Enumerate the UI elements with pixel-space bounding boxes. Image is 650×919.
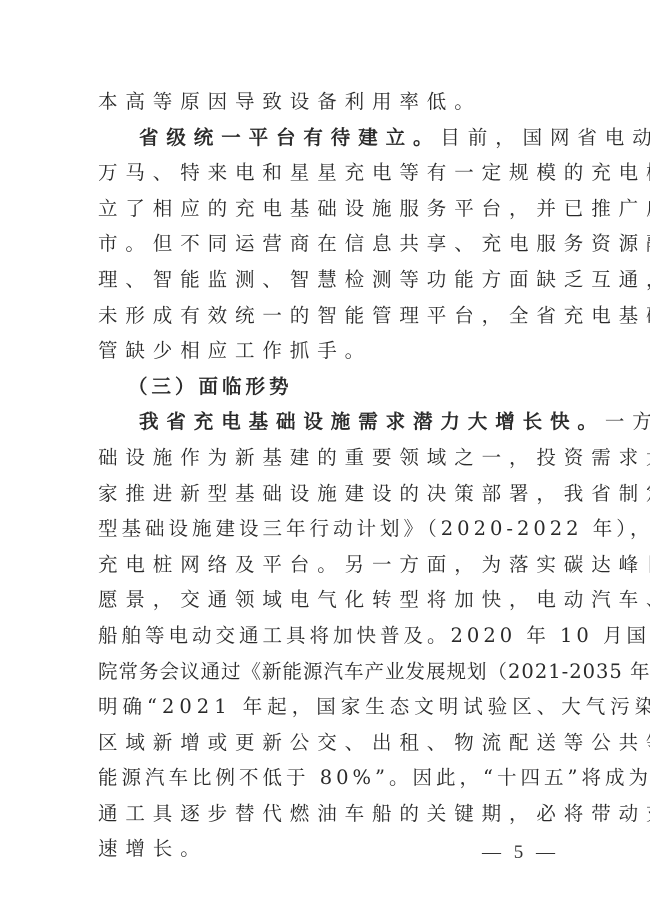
text-line: 万马、特来电和星星充电等有一定规模的充电桩运营商均建 xyxy=(98,155,556,191)
document-page: 本高等原因导致设备利用率低。 省级统一平台有待建立。目前，国网省电动汽车公司、 … xyxy=(98,84,556,867)
text-line: 理、智能监测、智慧检测等功能方面缺乏互通，省级层面还 xyxy=(98,262,556,298)
section-heading: （三）面临形势 xyxy=(98,369,556,405)
text-line: 本高等原因导致设备利用率低。 xyxy=(98,84,556,120)
text-line: 未形成有效统一的智能管理平台，全省充电基础设施统一监 xyxy=(98,298,556,334)
text-line: 能源汽车比例不低于 80%”。因此，“十四五”将成为新能源交 xyxy=(98,760,556,796)
text-run: 目前，国网省电动汽车公司、 xyxy=(440,126,650,149)
text-line: 充电桩网络及平台。另一方面，为落实碳达峰目标、碳中和 xyxy=(98,547,556,583)
text-line: 船舶等电动交通工具将加快普及。2020 年 10 月国务院国务 xyxy=(98,618,556,654)
page-number: — 5 — xyxy=(482,842,559,864)
text-line: 管缺少相应工作抓手。 xyxy=(98,333,556,369)
paragraph-start: 省级统一平台有待建立。目前，国网省电动汽车公司、 xyxy=(98,120,556,156)
text-run: 一方面，充电基 xyxy=(605,410,650,433)
text-line: 础设施作为新基建的重要领域之一，投资需求大。为落实国 xyxy=(98,440,556,476)
paragraph-lead: 我省充电基础设施需求潜力大增长快。 xyxy=(139,410,605,433)
text-line: 区域新增或更新公交、出租、物流配送等公共领域车辆，新 xyxy=(98,725,556,761)
text-line: 通工具逐步替代燃油车船的关键期，必将带动充电设施的快 xyxy=(98,796,556,832)
paragraph-lead: 省级统一平台有待建立。 xyxy=(139,126,440,149)
text-line: 型基础设施建设三年行动计划》（2020-2022 年），加快布局 xyxy=(98,511,556,547)
text-line: 市。但不同运营商在信息共享、充电服务资源融合、运营管 xyxy=(98,226,556,262)
text-line: 院常务会议通过《新能源汽车产业发展规划（2021-2035 年）》， xyxy=(98,654,556,690)
text-line: 家推进新型基础设施建设的决策部署，我省制定《浙江省新 xyxy=(98,476,556,512)
text-line: 立了相应的充电基础设施服务平台，并已推广应用到多个地 xyxy=(98,191,556,227)
text-line: 明确“2021 年起，国家生态文明试验区、大气污染防治重点 xyxy=(98,689,556,725)
paragraph-start: 我省充电基础设施需求潜力大增长快。一方面，充电基 xyxy=(98,404,556,440)
text-line: 愿景，交通领域电气化转型将加快，电动汽车、换电重卡、 xyxy=(98,582,556,618)
